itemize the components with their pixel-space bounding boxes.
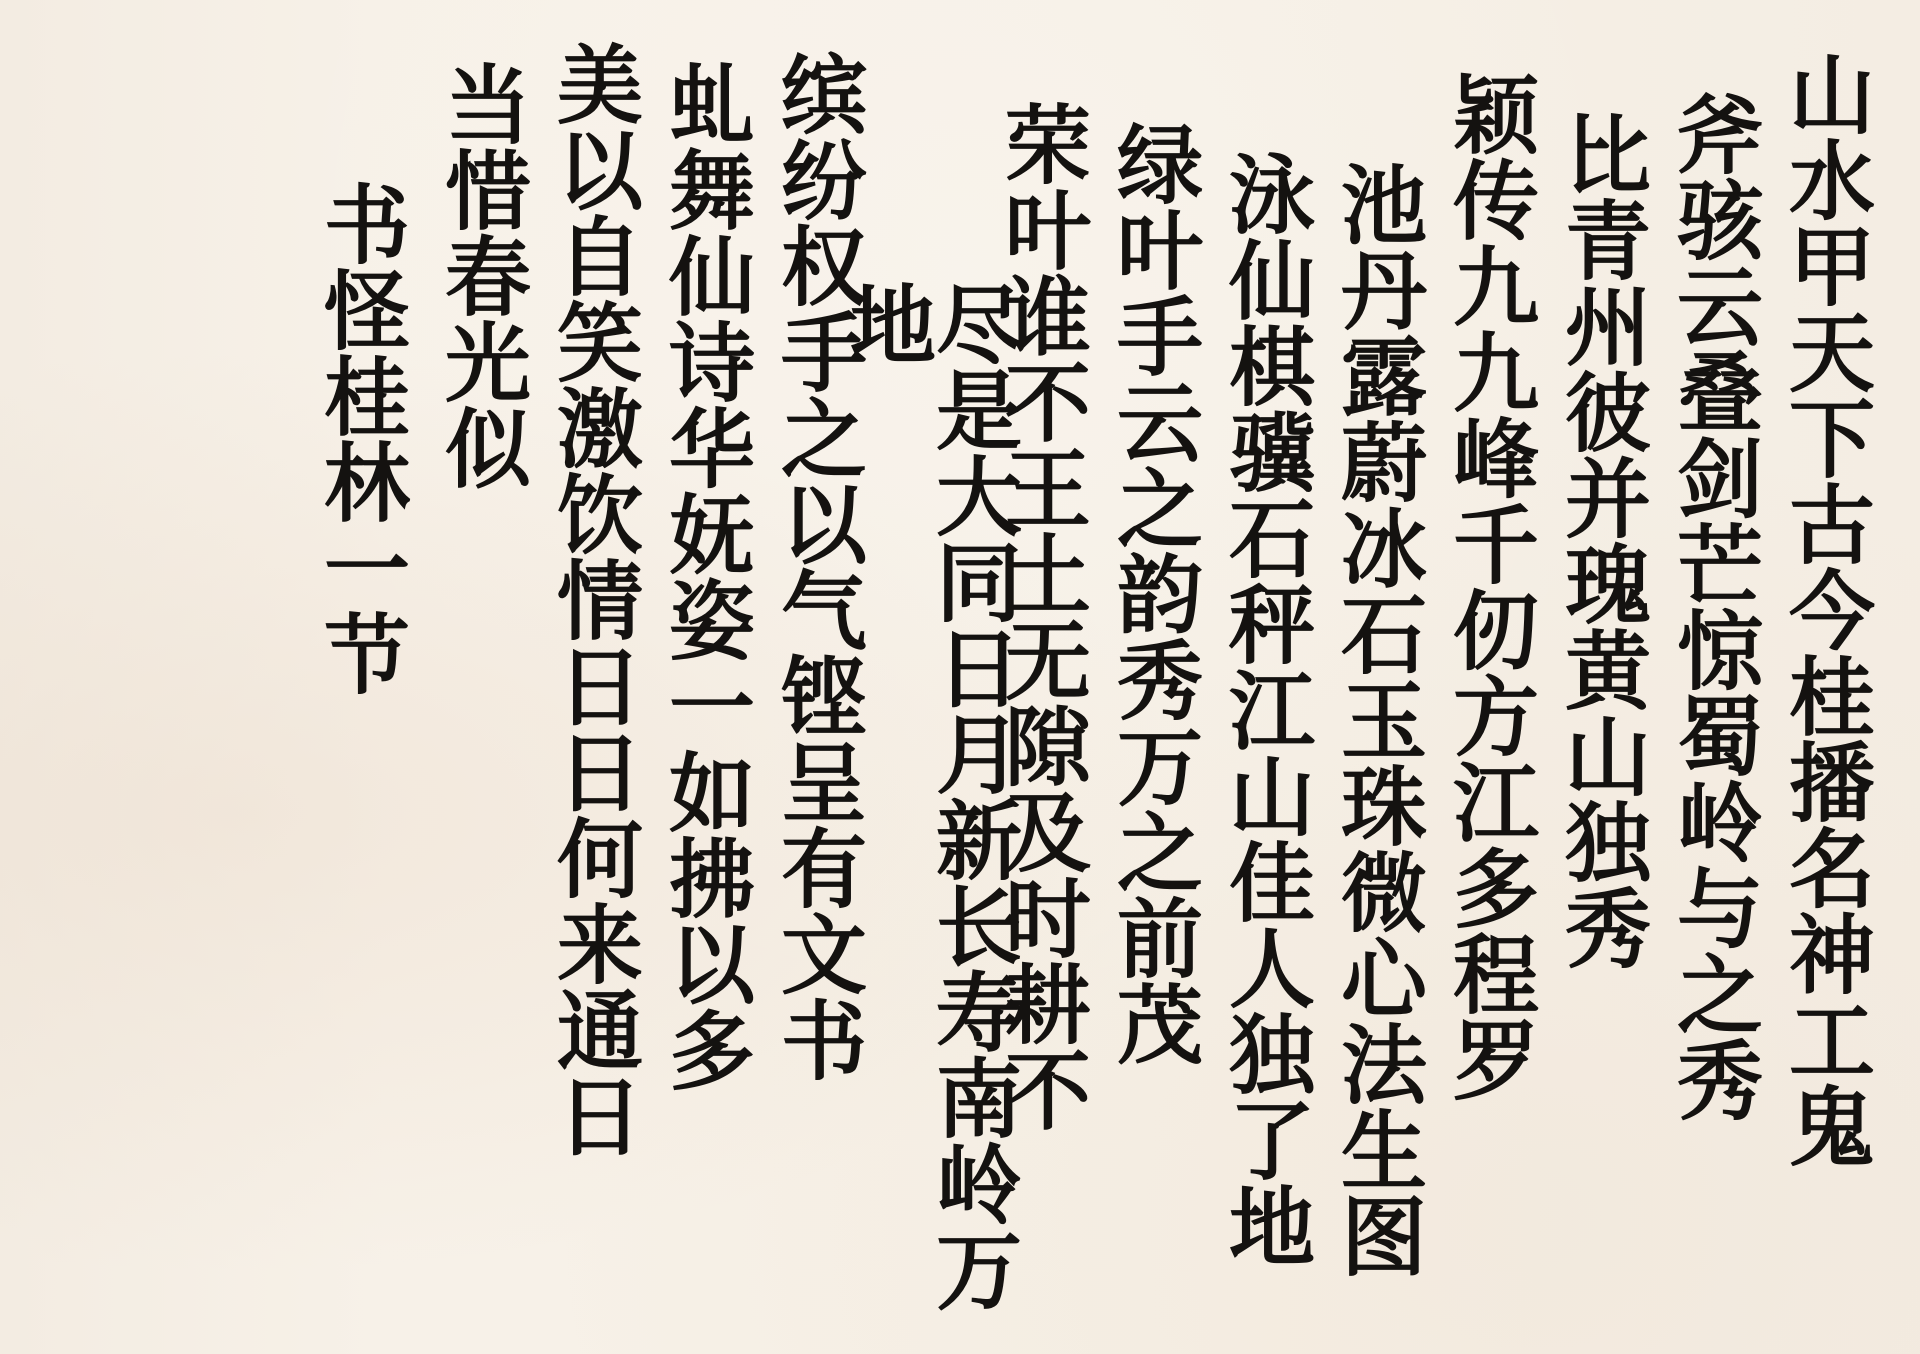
column-text: 颖传九九峰千仞方江多程罗 [1445, 70, 1531, 1102]
column-text: 泳仙棋骥石秤江山佳人独了地 [1221, 150, 1307, 1268]
column-text: 斧骇云叠剑芒惊蜀岭与之秀 [1669, 90, 1755, 1122]
calligraphy-column-9: 尽是大同日月新长寿南岭万地 [872, 40, 984, 1340]
calligraphy-column-4: 颖传九九峰千仞方江多程罗 [1432, 40, 1544, 1340]
column-text: 池丹露蔚冰石玉珠微心法生图 [1333, 160, 1419, 1278]
calligraphy-column-11: 虬舞仙诗华妩姿一如拂以多 [648, 40, 760, 1340]
signature-text: 书怪桂林一节 [316, 180, 402, 696]
calligraphy-column-7: 绿叶手云之韵秀万之前茂 [1096, 40, 1208, 1340]
column-text: 美以自笑激饮情日日何来通日 [549, 40, 635, 1158]
calligraphy-column-13: 当惜春光似 [424, 40, 536, 1340]
calligraphy-column-12: 美以自笑激饮情日日何来通日 [536, 40, 648, 1340]
signature-column: 书怪桂林一节 [294, 40, 424, 1340]
calligraphy-column-8: 荣叶谁不王土无隙及时耕不 [984, 40, 1096, 1340]
column-text: 绿叶手云之韵秀万之前茂 [1109, 120, 1195, 1066]
calligraphy-column-2: 斧骇云叠剑芒惊蜀岭与之秀 [1656, 40, 1768, 1340]
calligraphy-column-3: 比青州彼并瑰黄山独秀 [1544, 40, 1656, 1340]
calligraphy-column-6: 泳仙棋骥石秤江山佳人独了地 [1208, 40, 1320, 1340]
column-text: 比青州彼并瑰黄山独秀 [1557, 110, 1643, 970]
calligraphy-column-5: 池丹露蔚冰石玉珠微心法生图 [1320, 40, 1432, 1340]
column-text: 当惜春光似 [437, 60, 523, 490]
column-text: 虬舞仙诗华妩姿一如拂以多 [661, 60, 747, 1092]
column-text: 荣叶谁不王土无隙及时耕不 [997, 100, 1083, 1132]
calligraphy-text-columns: 山水甲天下古今桂播名神工鬼 斧骇云叠剑芒惊蜀岭与之秀 比青州彼并瑰黄山独秀 颖传… [294, 40, 1880, 1340]
column-text: 山水甲天下古今桂播名神工鬼 [1781, 50, 1867, 1168]
calligraphy-column-1: 山水甲天下古今桂播名神工鬼 [1768, 40, 1880, 1340]
